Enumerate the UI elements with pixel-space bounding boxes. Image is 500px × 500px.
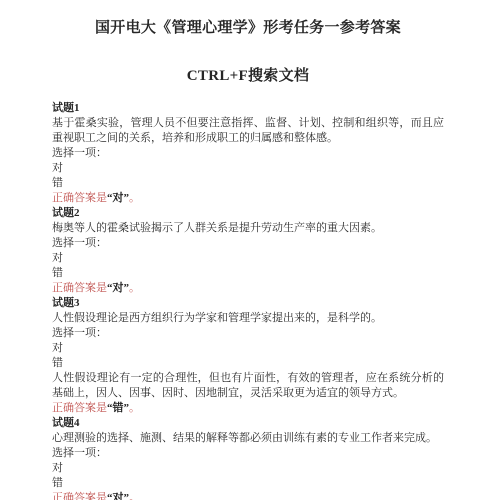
answer-line: 正确答案是“错”。 [52, 401, 444, 416]
option-true: 对 [52, 251, 444, 266]
question-block-2: 试题2 梅奥等人的霍桑试验揭示了人群关系是提升劳动生产率的重大因素。 选择一项：… [52, 206, 444, 296]
option-false: 错 [52, 356, 444, 371]
question-label: 试题4 [52, 416, 444, 431]
question-text: 人性假设理论是西方组织行为学家和管理学家提出来的，是科学的。 [52, 311, 444, 326]
option-false: 错 [52, 176, 444, 191]
answer-prefix: 正确答案是 [52, 402, 107, 414]
answer-prefix: 正确答案是 [52, 282, 107, 294]
question-text: 基于霍桑实验，管理人员不但要注意指挥、监督、计划、控制和组织等，而且应 重视职工… [52, 116, 444, 146]
document-page: 国开电大《管理心理学》形考任务一参考答案 CTRL+F搜索文档 试题1 基于霍桑… [0, 0, 500, 500]
option-true: 对 [52, 341, 444, 356]
page-title: 国开电大《管理心理学》形考任务一参考答案 [52, 16, 444, 37]
answer-line: 正确答案是“对”。 [52, 491, 444, 500]
answer-period: 。 [129, 492, 140, 500]
answer-period: 。 [129, 282, 140, 294]
question-text: 梅奥等人的霍桑试验揭示了人群关系是提升劳动生产率的重大因素。 [52, 221, 444, 236]
answer-line: 正确答案是“对”。 [52, 281, 444, 296]
question-block-1: 试题1 基于霍桑实验，管理人员不但要注意指挥、监督、计划、控制和组织等，而且应 … [52, 101, 444, 206]
choose-prompt: 选择一项： [52, 146, 444, 161]
answer-value: “对” [107, 192, 129, 204]
answer-value: “对” [107, 492, 129, 500]
question-label: 试题2 [52, 206, 444, 221]
choose-prompt: 选择一项： [52, 446, 444, 461]
option-true: 对 [52, 461, 444, 476]
choose-prompt: 选择一项： [52, 236, 444, 251]
answer-prefix: 正确答案是 [52, 192, 107, 204]
question-label: 试题1 [52, 101, 444, 116]
answer-value: “对” [107, 282, 129, 294]
answer-prefix: 正确答案是 [52, 492, 107, 500]
search-hint: CTRL+F搜索文档 [52, 64, 444, 85]
question-text: 心理测验的选择、施测、结果的解释等都必须由训练有素的专业工作者来完成。 [52, 431, 444, 446]
answer-line: 正确答案是“对”。 [52, 191, 444, 206]
question-block-4: 试题4 心理测验的选择、施测、结果的解释等都必须由训练有素的专业工作者来完成。 … [52, 416, 444, 500]
option-false: 错 [52, 476, 444, 491]
questions-list: 试题1 基于霍桑实验，管理人员不但要注意指挥、监督、计划、控制和组织等，而且应 … [52, 101, 444, 500]
choose-prompt: 选择一项： [52, 326, 444, 341]
question-label: 试题3 [52, 296, 444, 311]
option-true: 对 [52, 161, 444, 176]
answer-period: 。 [129, 402, 140, 414]
answer-analysis: 人性假设理论有一定的合理性，但也有片面性，有效的管理者，应在系统分析的 基础上，… [52, 371, 444, 401]
answer-value: “错” [107, 402, 129, 414]
question-block-3: 试题3 人性假设理论是西方组织行为学家和管理学家提出来的，是科学的。 选择一项：… [52, 296, 444, 416]
option-false: 错 [52, 266, 444, 281]
answer-period: 。 [129, 192, 140, 204]
